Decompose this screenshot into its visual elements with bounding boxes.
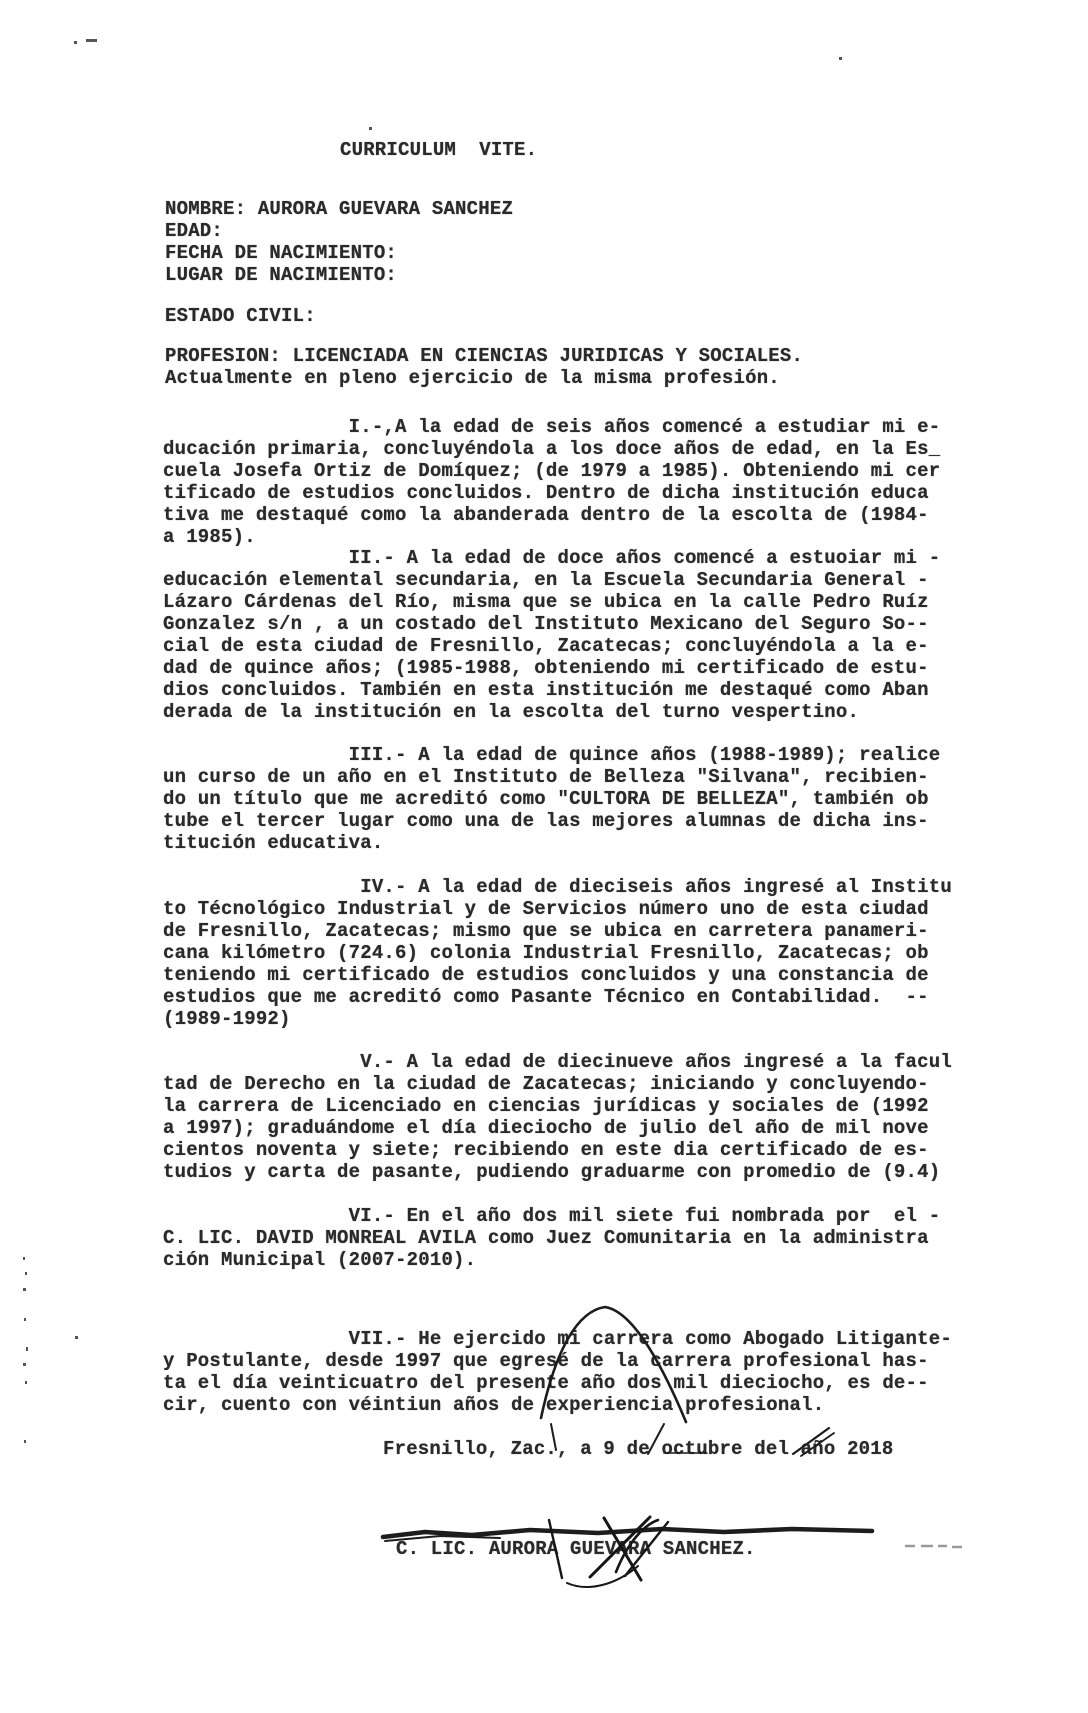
personal-data-fields: NOMBRE: AURORA GUEVARA SANCHEZ EDAD: FEC… bbox=[165, 198, 513, 286]
signature-name-line: C. LIC. AURORA GUEVARA SANCHEZ. bbox=[396, 1538, 756, 1560]
paragraph-i: I.-,A la edad de seis años comencé a est… bbox=[163, 416, 940, 548]
profession-block: PROFESION: LICENCIADA EN CIENCIAS JURIDI… bbox=[165, 345, 803, 389]
paragraph-vi: VI.- En el año dos mil siete fui nombrad… bbox=[163, 1205, 940, 1271]
estado-civil-field: ESTADO CIVIL: bbox=[165, 305, 316, 327]
document-title: CURRICULUM VITE. bbox=[340, 139, 537, 161]
scanned-document-page: CURRICULUM VITE. NOMBRE: AURORA GUEVARA … bbox=[0, 0, 1088, 1713]
paragraph-iii: III.- A la edad de quince años (1988-198… bbox=[163, 744, 940, 854]
place-and-date-line: Fresnillo, Zac., a 9 de octubre del año … bbox=[383, 1438, 893, 1460]
paragraph-ii: II.- A la edad de doce años comencé a es… bbox=[163, 547, 940, 723]
paragraph-iv: IV.- A la edad de dieciseis años ingresé… bbox=[163, 876, 952, 1030]
paragraph-v: V.- A la edad de diecinueve años ingresé… bbox=[163, 1051, 952, 1183]
paragraph-vii: VII.- He ejercido mi carrera como Abogad… bbox=[163, 1328, 952, 1416]
